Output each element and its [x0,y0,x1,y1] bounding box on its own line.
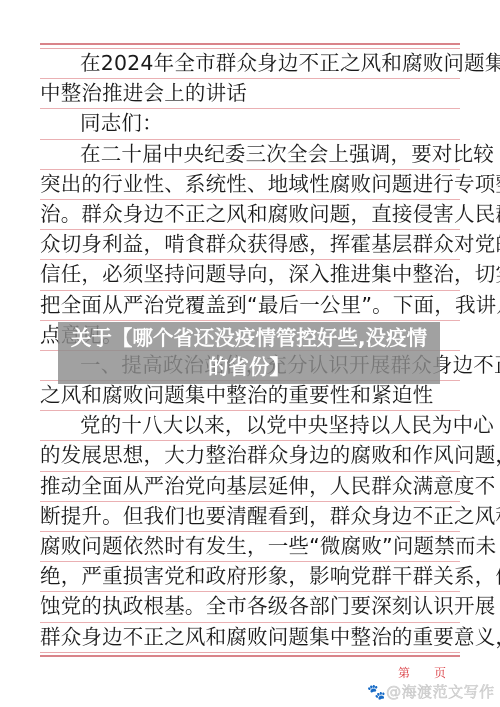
page-label-prefix: 第 [398,664,410,681]
text-line: 腐败问题依然时有发生，一些“微腐败”问题禁而未 [40,532,460,562]
text-line: 绝，严重损害党和政府形象，影响党群干群关系，侵 [40,562,460,592]
text-line: 把全面从严治党覆盖到“最后一公里”。下面，我讲几 [40,291,460,321]
text-line: 众切身利益，啃食群众获得感，挥霍基层群众对党的 [40,230,460,260]
top-double-rule [40,43,460,45]
document-page: 在2024年全市群众身边不正之风和腐败问题集 中整治推进会上的讲话 同志们： 在… [0,0,500,707]
text-line: 中整治推进会上的讲话 [40,79,460,109]
text-line: 推动全面从严治党向基层延伸，人民群众满意度不 [40,472,460,502]
text-line: 信任，必须坚持问题导向，深入推进集中整治，切实 [40,260,460,290]
text-line: 同志们： [40,109,460,139]
text-line: 突出的行业性、系统性、地域性腐败问题进行专项整 [40,170,460,200]
title-overlay-banner: 关于【哪个省还没疫情管控好些,没疫情的省份】 [58,322,440,384]
text-line: 蚀党的执政根基。全市各级各部门要深刻认识开展 [40,592,460,622]
text-line: 断提升。但我们也要清醒看到，群众身边不正之风和 [40,502,460,532]
banner-title: 关于【哪个省还没疫情管控好些,没疫情的省份】 [58,324,440,382]
bottom-double-rule-thin [40,652,460,653]
watermark: 🐾@海渡范文写作 [367,681,495,702]
text-line: 的发展思想，大力整治群众身边的腐败和作风问题， [40,441,460,471]
text-line: 党的十八大以来，以党中央坚持以人民为中心 [40,411,460,441]
page-number-label: 第页 [398,664,446,681]
text-line: 群众身边不正之风和腐败问题集中整治的重要意义， [40,623,460,653]
section-heading-line: 之风和腐败问题集中整治的重要性和紧迫性 [40,381,460,411]
text-line: 在2024年全市群众身边不正之风和腐败问题集 [40,49,460,79]
bottom-double-rule [40,655,460,657]
page-label-suffix: 页 [434,664,446,681]
text-line: 治。群众身边不正之风和腐败问题，直接侵害人民群 [40,200,460,230]
text-line: 在二十届中央纪委三次全会上强调，要对比较 [40,140,460,170]
